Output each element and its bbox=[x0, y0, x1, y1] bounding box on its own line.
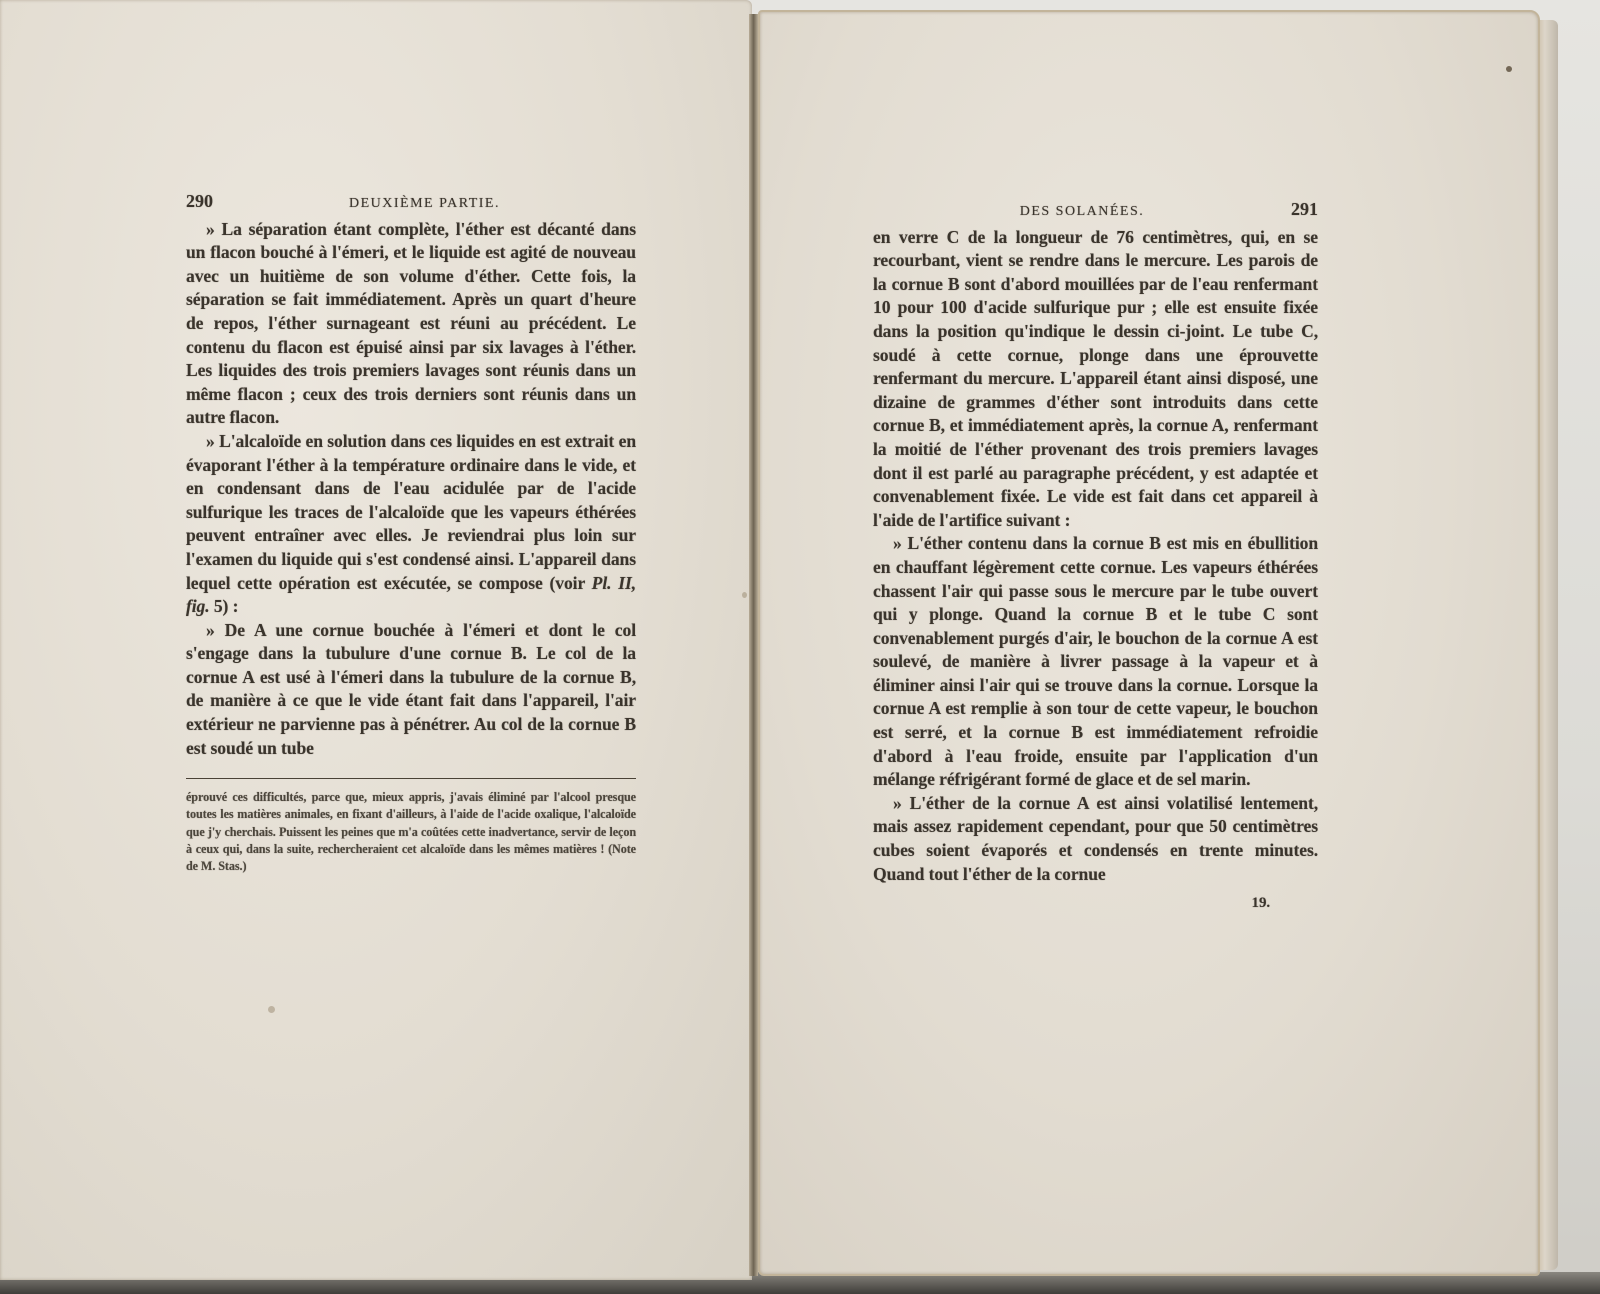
foxing-spot bbox=[268, 1006, 275, 1013]
running-head-title: DEUXIÈME PARTIE. bbox=[213, 192, 636, 216]
figure-reference-number: 5) : bbox=[210, 596, 239, 616]
figure-reference-fig: fig. bbox=[186, 596, 210, 616]
right-running-head: DES SOLANÉES. 291 bbox=[873, 198, 1318, 224]
footnote-rule bbox=[186, 778, 636, 779]
paragraph: » L'éther contenu dans la cornue B est m… bbox=[873, 532, 1318, 792]
figure-reference: Pl. II, bbox=[592, 573, 636, 593]
page-number: 290 bbox=[186, 190, 213, 214]
footnote: éprouvé ces difficultés, parce que, mieu… bbox=[186, 789, 636, 875]
paragraph: » De A une cornue bouchée à l'émeri et d… bbox=[186, 619, 636, 761]
page-number: 291 bbox=[1291, 198, 1318, 222]
paragraph: » La séparation étant complète, l'éther … bbox=[186, 218, 636, 430]
paragraph: » L'alcaloïde en solution dans ces liqui… bbox=[186, 430, 636, 619]
foxing-spot bbox=[742, 592, 747, 598]
running-head-title: DES SOLANÉES. bbox=[873, 200, 1291, 224]
paragraph: » L'éther de la cornue A est ainsi volat… bbox=[873, 792, 1318, 886]
left-running-head: 290 DEUXIÈME PARTIE. bbox=[186, 190, 636, 216]
paragraph-text: » L'alcaloïde en solution dans ces liqui… bbox=[186, 431, 636, 593]
book-gutter bbox=[749, 14, 758, 1276]
left-page-text: 290 DEUXIÈME PARTIE. » La séparation éta… bbox=[186, 190, 636, 875]
signature-mark: 19. bbox=[873, 892, 1318, 916]
right-page-text: DES SOLANÉES. 291 en verre C de la longu… bbox=[873, 198, 1318, 916]
paragraph: en verre C de la longueur de 76 centimèt… bbox=[873, 226, 1318, 533]
foxing-spot bbox=[1506, 66, 1512, 72]
